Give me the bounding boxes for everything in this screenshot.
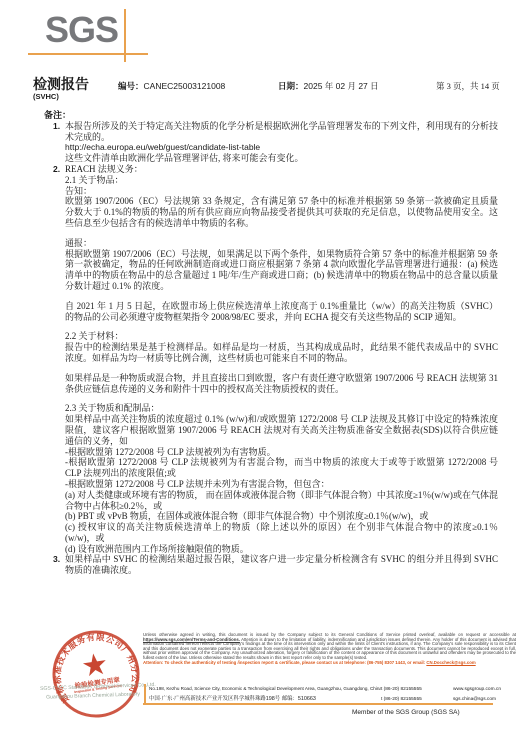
disclaimer-block: Unless otherwise agreed in writing, this… [143, 633, 516, 666]
material-paragraph-2: 如果样品是一种物质或混合物，并且直接出口到欧盟，客户有责任遵守欧盟第 1907/… [65, 373, 498, 395]
condition-a-text: (a) 对人类健康或环境有害的物质， 而在固体或液体混合物（即非气体混合物）中其… [65, 490, 498, 512]
report-number-label: 编号： [118, 81, 144, 91]
clp-bullet-2: -根据欧盟第 1272/2008 号 CLP 法规被列为有害混合物，而当中物质的… [65, 457, 498, 479]
notify-label: 通报： [65, 238, 498, 249]
material-paragraph-1: 报告中的检测结果是基于检测样品。如样品是均一材质，当其构成成品时，此结果不能代表… [65, 342, 498, 364]
report-subtitle: (SVHC) [33, 92, 59, 101]
footer-horizontal-rule [143, 703, 493, 705]
notes-label: 备注： [44, 110, 498, 121]
logo-horizontal-rule [28, 53, 148, 55]
substance-intro-text: 如果样品中高关注物质的浓度超过 0.1% (w/w)和/或欧盟第 1272/20… [65, 414, 498, 446]
address-row-cn: 中国·广东·广州高新技术产业开发区科学城科珠路198号 邮编：510663 t … [149, 694, 517, 702]
phone-number-2: t (86-20) 82155555 [381, 697, 453, 702]
address-en: No.198, Kezhu Road, Science City, Econom… [149, 686, 381, 691]
scip-text: 自 2021 年 1 月 5 日起，在欧盟市场上供应候选清单上浓度高于 0.1%… [65, 301, 498, 323]
report-number-value: CANEC25003121008 [144, 81, 226, 91]
report-date-label: 日期： [278, 81, 304, 91]
inform-text: 欧盟第 1907/2006（EC）号法规第 33 条规定，含有满足第 57 条中… [65, 196, 498, 228]
condition-b-text: (b) PBT 或 vPvB 物质，在固体或液体混合物（即非气体混合物）中个别浓… [65, 511, 498, 522]
note-3-number: 3. [53, 554, 65, 576]
note-2-number: 2. [53, 164, 65, 555]
note-item-3: 3. 如果样品中 SVHC 的检测结果超过报告限，建议客户进一步定量分析检测含有… [53, 554, 498, 576]
email-link[interactable]: sgs.china@sgs.com [453, 697, 496, 702]
note-1-number: 1. [53, 121, 65, 164]
address-row-en: No.198, Kezhu Road, Science City, Econom… [149, 686, 517, 692]
company-seal: 通标标准技术服务有限公司广州分公司 ★ 检验检测专用章 Inspection &… [44, 622, 148, 726]
website-link[interactable]: www.sgsgroup.com.cn [453, 687, 501, 692]
report-page: SGS 检测报告 (SVHC) 编号：CANEC25003121008 日期：2… [0, 0, 527, 745]
sgs-logo: SGS [45, 13, 118, 47]
note-item-2: 2. REACH 法规义务： 2.1 关于物品： 告知： 欧盟第 1907/20… [53, 164, 498, 555]
page-indicator: 第 3 页，共 14 页 [436, 80, 500, 92]
section-2-2-title: 2.2 关于材料： [65, 331, 498, 342]
echa-candidate-list-link[interactable]: http://echa.europa.eu/web/guest/candidat… [65, 142, 498, 153]
logo-vertical-rule [124, 9, 126, 62]
note-3-text: 如果样品中 SVHC 的检测结果超过报告限，建议客户进一步定量分析检测含有 SV… [65, 554, 498, 576]
attention-notice: Attention: To check the authenticity of … [143, 661, 516, 666]
notify-text: 根据欧盟第 1907/2006（EC）号法规，如果满足以下两个条件，如果物质符合… [65, 249, 498, 292]
condition-c-text: (c) 授权审议的高关注物质候选清单上的物质（除上述以外的原因）在个别非气体混合… [65, 522, 498, 544]
reach-obligations-heading: REACH 法规义务： [65, 164, 498, 175]
address-cn: 中国·广东·广州高新技术产业开发区科学城科珠路198号 邮编：510663 [149, 694, 381, 702]
report-date: 日期：2025 年 02 月 27 日 [278, 80, 379, 92]
note-1-paragraph-1: 本报告所涉及的关于特定高关注物质的化学分析是根据欧洲化学品管理署发布的下列文件，… [65, 121, 498, 143]
inform-label: 告知： [65, 186, 498, 197]
section-2-3-title: 2.3 关于物质和配制品： [65, 403, 498, 414]
report-number: 编号：CANEC25003121008 [118, 80, 225, 92]
report-title: 检测报告 [33, 74, 89, 94]
doccheck-email-link[interactable]: CN.Doccheck@sgs.com [426, 660, 475, 665]
member-text: Member of the SGS Group (SGS SA) [352, 709, 460, 716]
attention-text: Attention: To check the authenticity of … [143, 660, 426, 665]
section-2-1-title: 2.1 关于物品： [65, 175, 498, 186]
note-1-paragraph-2: 这些文件清单由欧洲化学品管理署评估, 将来可能会有变化。 [65, 153, 498, 164]
phone-number-1: t (86-20) 82155555 [381, 687, 453, 692]
note-item-1: 1. 本报告所涉及的关于特定高关注物质的化学分析是根据欧洲化学品管理署发布的下列… [53, 121, 498, 164]
condition-d-text: (d) 设有欧洲范围内工作场所接触限值的物质。 [65, 544, 498, 555]
notes-section: 备注： 1. 本报告所涉及的关于特定高关注物质的化学分析是根据欧洲化学品管理署发… [44, 110, 498, 576]
clp-bullet-3: -根据欧盟第 1272/2008 号 CLP 法规并未列为有害混合物，但包含： [65, 479, 498, 490]
clp-bullet-1: -根据欧盟第 1272/2008 号 CLP 法规被列为有害物质。 [65, 447, 498, 458]
report-date-value: 2025 年 02 月 27 日 [304, 81, 379, 91]
